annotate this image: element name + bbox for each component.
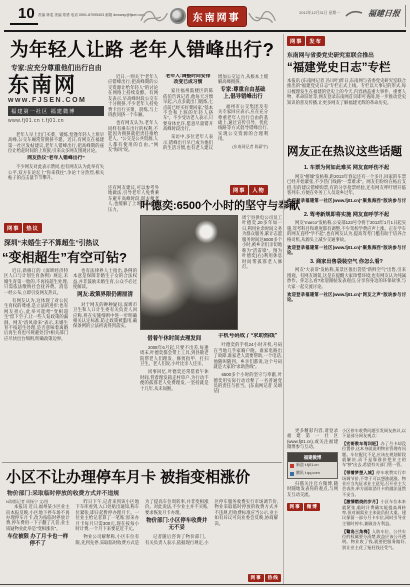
lead-p1: 近日,一则关于“老年人应错峰出行,把高峰期的公交资源让给年轻人”的讨论在网络上持…: [108, 74, 158, 118]
yedeyi-p4: 6500多个小时的坚守与奉献,叶德奕用实际行动诠释了一名普通党员的责任与担当。(…: [214, 372, 283, 394]
chaosheng-p3: 也有法律界人士指出,条例的本意是保障非婚生子女的合法权益,并非鼓励未婚生育,公众…: [73, 268, 137, 290]
tencent-weibo-icon: [290, 472, 294, 476]
parking-subhead-1: 车位被限 办了月卡也一样停不了: [6, 534, 70, 548]
weibo-row1-text: 新浪 t.fj01.cn: [296, 463, 319, 468]
lead-inline-subhead: 老年人:调整时间安排 改变已成习惯: [163, 74, 213, 86]
topic-item: 3. 商家出售袋装空气 你怎么看? 网友“大表哥”发帖称,某景区推出袋装“新鲜空…: [287, 259, 406, 303]
lead-deck: 专家:应充分尊重他们出行自由: [11, 62, 102, 72]
tag-fabu: 发布: [306, 36, 324, 46]
lead-p5: 福州市公交集团及有关专家回应表示,应在充分尊重老年人出行自由的基础上,通过宣传引…: [218, 104, 268, 142]
section-tag-hot-topic: 网事 热议: [4, 223, 42, 233]
brand-community-bar: 福建第一社区 福建微博: [8, 106, 104, 116]
page-number: 10: [10, 5, 38, 25]
parking-p2: 昨日下午,记者来到该小区地下车库看到,入口处贴出通知,称车位紧张,即日起暂停办理…: [76, 499, 140, 532]
weibo-row2-text: 腾讯 t.qq.com: [296, 471, 320, 476]
lead-headline: 为年轻人让路 老年人错峰出行?: [10, 36, 278, 62]
weibo-card-row-qq: 腾讯 t.qq.com: [288, 470, 337, 478]
tag-wangshi-5: 网事: [287, 503, 303, 511]
chaosheng-p4: 对于网友的种种疑问,深圳市卫生和人口计生委有关负责人回应称,将在实施细则中进一步…: [73, 302, 137, 329]
lead-p3: 家住福州鼓楼区的陈依伯告诉记者,他每天习惯早起,六点多就出门锻炼,七点前已经买好…: [163, 88, 213, 132]
comment-2-user: 【带着梦想入城】: [342, 470, 376, 475]
weibo-note: 扫描关注官方微博,随时随地发表你的观点,与网友互动交流。: [287, 481, 338, 497]
parking-headline: 小区不让办理停车月卡 被指变相涨价: [6, 466, 280, 487]
topic-1-cta: 欢迎登录福建第一社区(www.fj01.cn)“聚焦海西”版块参与讨论。: [287, 198, 406, 209]
flourish-left-icon: [140, 7, 168, 25]
masthead-title: 东南网事: [188, 7, 246, 26]
lead-left-column: 老年人早上出门买菜、锻炼,恰逢年轻人上班早高峰,公交车厢常常拥挤不堪。近日,有网…: [8, 132, 104, 222]
brand-url-secondary: www.fj01.cn t.fj01.cn: [8, 118, 104, 124]
tag-renwu: 人物: [249, 185, 267, 195]
rail-divider: [283, 34, 284, 585]
lead-body-columns: 近日,一则关于“老年人应错峰出行,把高峰期的公交资源让给年轻人”的讨论在网络上持…: [108, 74, 268, 183]
parking-body: N海都记者 周杨宁 文/图 本报讯 近日,福州某小区业主向本报反映,小区地下停车…: [6, 499, 278, 583]
yedeyi-subhead-2: 手机号码成了“求助热线”: [214, 333, 283, 340]
rail-kicker: 东南网与省委党史研究室联合推出: [287, 50, 374, 59]
lead-left-p2: 不少网友对此表示赞同,也有网友认为此举有失公平,双方在论坛上“你来我往”,争论十…: [8, 164, 104, 180]
lead-left-subhead: 网友热议“老年人错峰出行”: [8, 156, 104, 162]
brand-box: 东南网 www.FJSEN.COM 福建第一社区 福建微博 www.fj01.c…: [8, 75, 104, 124]
chaosheng-p2: 有网友认为,这体现了对公民生育权的尊重,是立法的进步;也有网友担心,此举可能给“…: [4, 298, 68, 342]
yedeyi-side-column: 周宁县供电公司员工叶德奕,20多年如一日,利用业余时间义务为群众服务,累计志愿服…: [242, 215, 282, 330]
topic-3-head: 3. 商家出售袋装空气 你怎么看?: [287, 259, 406, 266]
header-rule: [4, 30, 406, 32]
globe-icon: [170, 8, 185, 24]
topic-2-head: 2. 驾考新规即将实施 网友直呼学不起: [287, 212, 406, 219]
yedeyi-p2: 同事回忆,叶德奕还常借着午休时间,背着理发箱走村串户,为行动不便的孤寡老人免费理…: [140, 369, 209, 391]
yedeyi-subhead-1: 借着午休时间去理发间: [140, 336, 209, 343]
newspaper-page: 10 责编 林雯 美编 郑勇 电话 0591-87095403 邮箱 dnwws…: [0, 0, 410, 587]
comment-4-user: 【鹭岛三角梅】: [342, 529, 372, 534]
tag-wangshi: 网事: [4, 223, 22, 233]
topic-item: 2. 驾考新规即将实施 网友直呼学不起 网友“marco”发帖称,公安部123号…: [287, 212, 406, 256]
weibo-card-title: 福建微博: [288, 453, 337, 462]
topic-3-text: 网友“大表哥”发帖称,某景区推出袋装“新鲜空气”出售,引来围观。有网友调侃,这是…: [287, 267, 406, 289]
section-tag-release: 网事 发布: [287, 36, 325, 46]
parking-deck: 物价部门:采取临时停放的收费方式并不违规: [7, 488, 119, 497]
topic-item: 1. 车票为何如此难买 网友直呼伤不起 网友“榕城”发帖称,距2013年春运还有…: [287, 165, 406, 209]
parking-divider: [2, 462, 282, 463]
tag-wangshi-4: 网事: [248, 574, 264, 582]
topic-2-text: 网友“marco”发帖称,公安部123号令将于2013年1月1日起实施,驾考科目…: [287, 220, 406, 242]
parking-subhead-2: 物价部门:小区停车收费并无不妥: [145, 518, 209, 532]
yedeyi-body: 借着午休时间去理发间 2008年6月起,只要不出差,每逢周末,叶德奕都会带上工具…: [140, 333, 282, 461]
hot-topics-list: 1. 车票为何如此难买 网友直呼伤不起 网友“榕城”发帖称,距2013年春运还有…: [287, 162, 406, 426]
yedeyi-headline: 叶德奕:6500个小时的坚守与奉献: [140, 197, 290, 213]
section-tag-hotline: 网事 热线: [248, 574, 281, 582]
issue-date: 2012年12月31日 星期一: [299, 11, 340, 16]
topic-1-text: 网友“榕城”发帖称,距2013年春运还有一个多月,回家的车票已经开始紧张,不少热…: [287, 174, 406, 196]
comment-3-user: 【激情燃烧的岁月】: [342, 499, 380, 504]
topic-1-head: 1. 车票为何如此难买 网友直呼伤不起: [287, 165, 406, 172]
rail-body: 本报讯 (东南网记者 冯川叶)昨日,东南网与省委党史研究室联合推出的“福建党史日…: [287, 78, 406, 141]
chaosheng-body: 近日,新修订的《深圳经济特区人口与计划生育条例》规定,未婚生育第一胎的,不再按超…: [4, 268, 137, 442]
header-right: 2012年12月31日 星期一 福建日报: [299, 8, 400, 19]
comment-1-text: 办了月卡却没位置停,这本身就说明物业管理有问题。车位配比不足,应该在规划阶段就解…: [342, 441, 406, 467]
comments-column: 小区停车收费问题引发网友热议,以下是部分网友观点: 【宏哥教车驾训班】办了月卡却…: [342, 428, 406, 584]
comment-3: 【激情燃烧的岁月】小区车位本来就紧张,临时计费确实能提高周转率,但对刚需业主来说…: [342, 499, 406, 526]
comment-2: 【带着梦想入城】停车收费实行市场调节价,不等于可以想涨就涨。物业应当先征求业主意…: [342, 470, 406, 497]
flourish-right-icon: [248, 7, 276, 25]
lead-expert-subhead: 专家:尊重自由基础上,倡导错峰出行: [218, 87, 268, 101]
comment-4: 【鹭岛三角梅】人防车位、公共车位的权属要分清楚,收益应该公开透明。物业收了钱,就…: [342, 529, 406, 550]
yedeyi-p3: 叶德奕的手机24小时开机,号码在当地几乎家喻户晓。谁家电路出了故障,谁家老人需要…: [214, 342, 283, 369]
brand-url: www.FJSEN.COM: [8, 97, 104, 104]
section-tag-people: 网事 人物: [230, 185, 268, 195]
chaosheng-subhead: 网友:政策界限仍需厘清: [73, 292, 137, 299]
chaosheng-p1: 近日,新修订的《深圳经济特区人口与计划生育条例》规定,未婚生育第一胎的,不再按超…: [4, 268, 68, 295]
tag-wangshi-3: 网事: [287, 36, 305, 46]
section-tag-weibo: 网事 微博: [287, 503, 320, 511]
topic-3-cta: 欢迎登录福建第一社区(www.fj01.cn)“网友之声”版块参与讨论。: [287, 292, 406, 303]
comments-intro: 小区停车收费问题引发网友热议,以下是部分网友观点:: [342, 428, 406, 439]
comment-1: 【宏哥教车驾训班】办了月卡却没位置停,这本身就说明物业管理有问题。车位配比不足,…: [342, 441, 406, 468]
hot-topics-title: 网友正在热议这些话题: [287, 143, 407, 159]
header-divider: [405, 5, 406, 27]
chaosheng-headline: “变相超生”有空可钻?: [2, 247, 140, 266]
page-bottom-rule: [0, 584, 410, 585]
masthead: 东南网事: [140, 3, 276, 29]
tag-reyi: 热议: [23, 223, 41, 233]
parking-p1: 本报讯 近日,福州某小区业主向本报反映,小区地下停车场不再办理停车月卡,改为按临…: [6, 504, 70, 531]
weibo-card: 福建微博 新浪 t.fj01.cn 腾讯 t.qq.com: [287, 452, 338, 479]
lead-p2: 也有网友认为,老年人同样有乘车出行的权利,不能因为拥挤就把责任推给老人。“公交是…: [108, 120, 158, 153]
tag-rexian: 热线: [265, 574, 281, 582]
article-photo: [140, 215, 238, 330]
lead-left-p1: 老年人早上出门买菜、锻炼,恰逢年轻人上班早高峰,公交车厢常常拥挤不堪。近日,有网…: [8, 132, 104, 154]
sina-weibo-icon: [290, 464, 294, 468]
tag-wangshi-2: 网事: [230, 185, 248, 195]
weibo-card-row-sina: 新浪 t.fj01.cn: [288, 462, 337, 470]
rail-headline: “福建党史日志”专栏: [287, 59, 407, 75]
lead-byline: (东南网记者 陈薪宇): [218, 144, 268, 149]
chaosheng-kicker: 深圳“未婚生子不算超生”引热议: [4, 237, 99, 247]
yedeyi-p1: 2008年6月起,只要不出差,每逢周末,叶德奕都会带上工具,到县敬老院帮老人们理…: [140, 345, 209, 367]
tag-weibo: 微博: [304, 503, 320, 511]
brand-logo: 东南网: [8, 75, 104, 96]
paper-swoosh-icon: [345, 10, 363, 18]
weibo-intro: 更多精彩内容,请登录福建第一社区(www.fj01.cn),或关注福建微博参与互…: [287, 428, 338, 450]
paper-name: 福建日报: [367, 8, 401, 19]
topic-2-cta: 欢迎登录福建第一社区(www.fj01.cn)“聚焦海西”版块参与讨论。: [287, 245, 406, 256]
weibo-column: 更多精彩内容,请登录福建第一社区(www.fj01.cn),或关注福建微博参与互…: [287, 428, 338, 584]
